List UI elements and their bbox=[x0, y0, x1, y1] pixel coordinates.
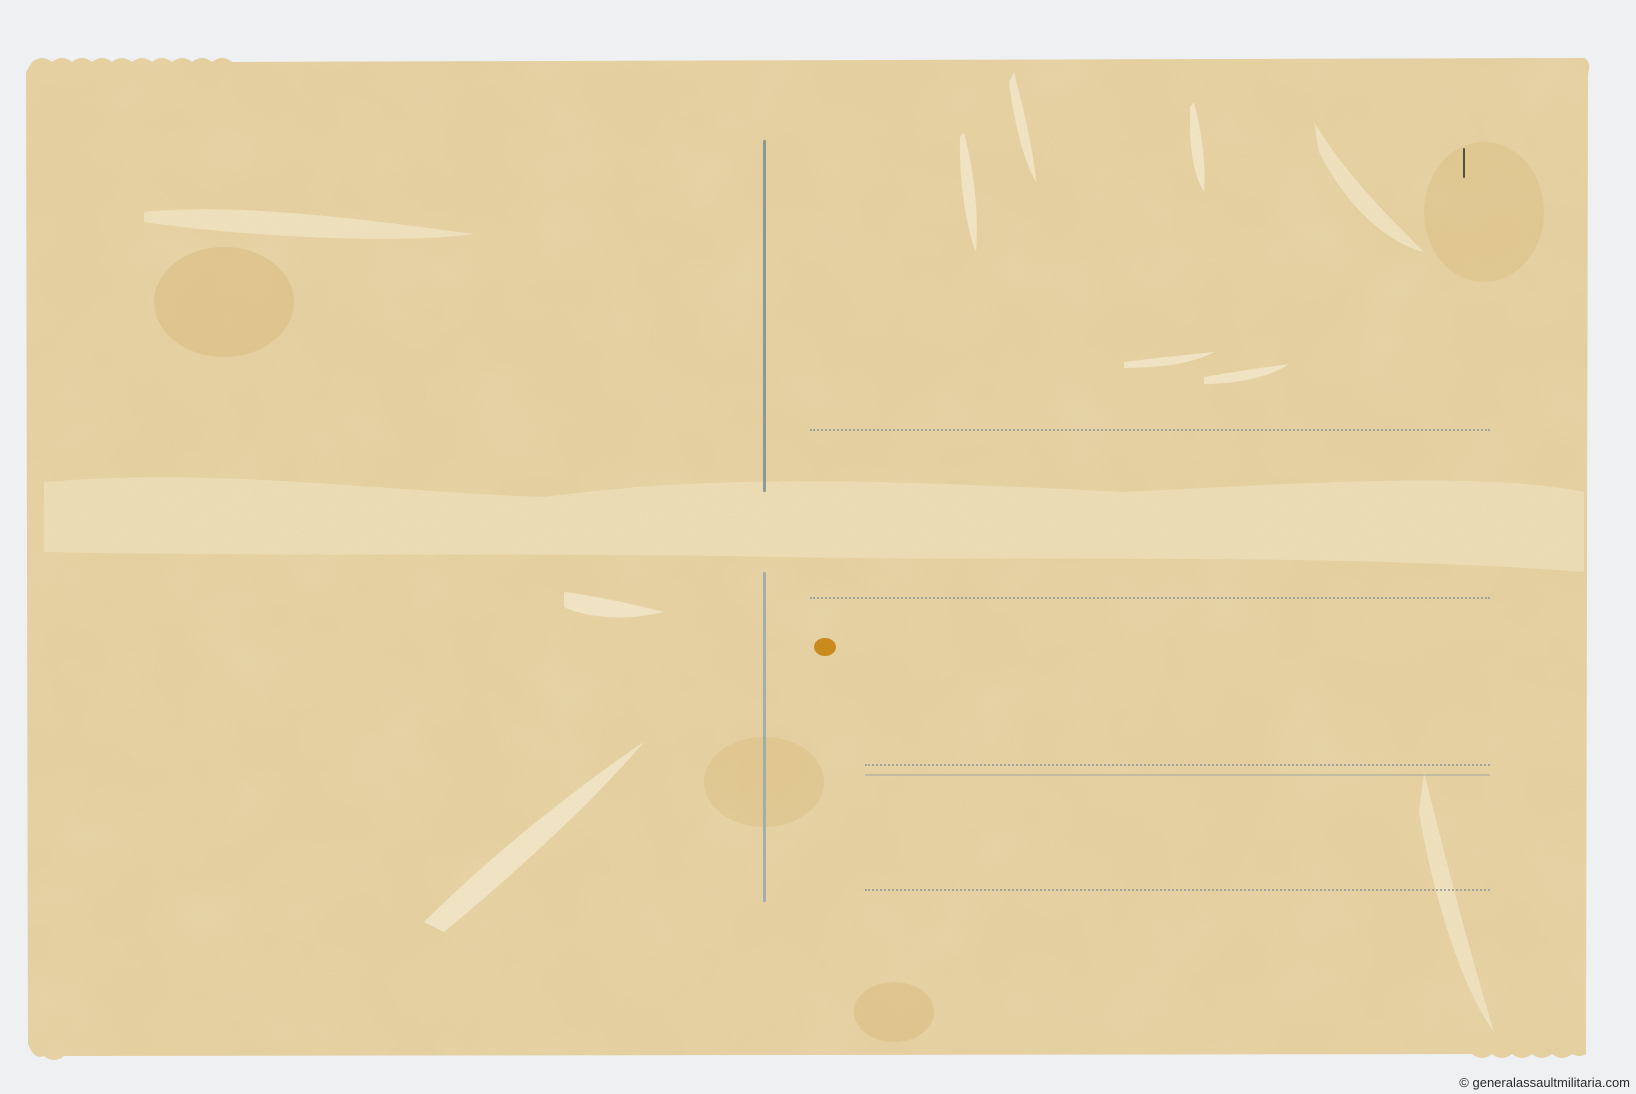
copyright-watermark: © generalassaultmilitaria.com bbox=[1459, 1075, 1630, 1091]
address-line-2 bbox=[810, 597, 1490, 599]
postcard-center-divider-line-lower bbox=[763, 572, 766, 902]
paper-texture-graphic bbox=[24, 52, 1600, 1062]
address-line-4 bbox=[865, 889, 1490, 891]
postcard-back bbox=[24, 52, 1600, 1062]
postcard-center-divider-line bbox=[763, 140, 766, 492]
address-line-1 bbox=[810, 429, 1490, 431]
address-line-3 bbox=[865, 764, 1490, 766]
scan-background: © generalassaultmilitaria.com bbox=[0, 0, 1636, 1094]
stamp-corner-tick-mark bbox=[1463, 148, 1465, 178]
